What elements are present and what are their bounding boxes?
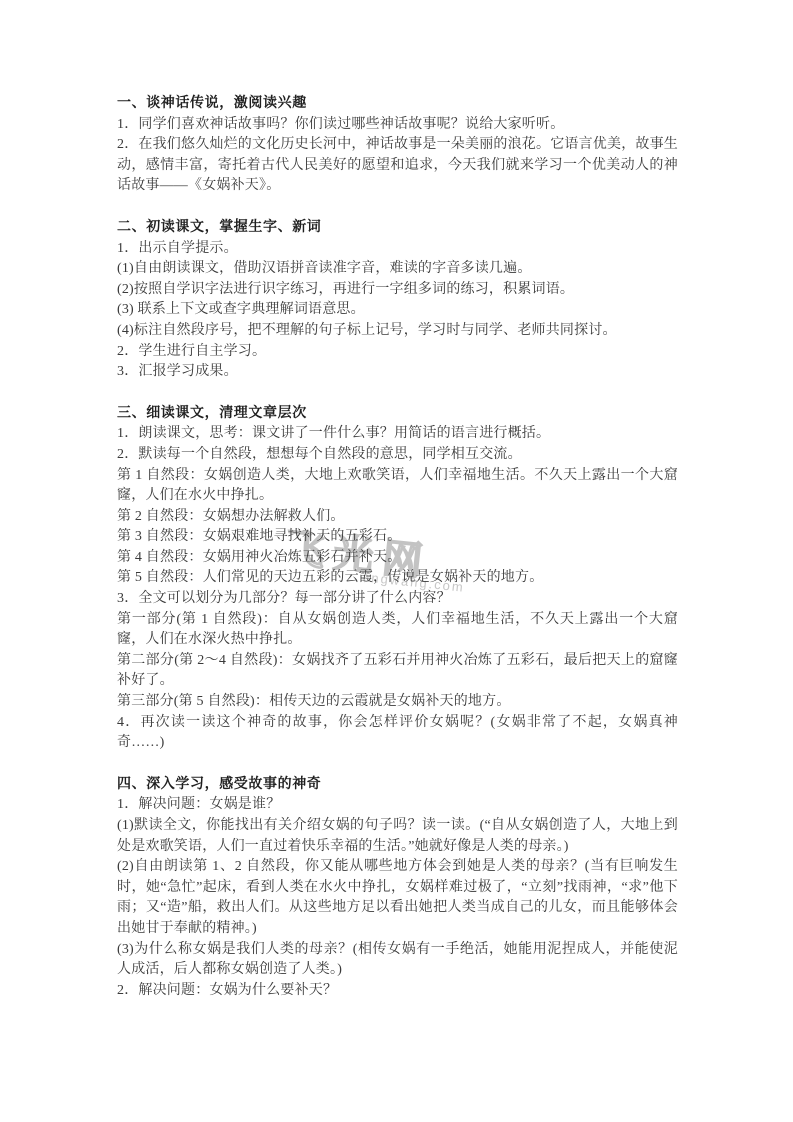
paragraph: 3．汇报学习成果。 (117, 362, 678, 383)
paragraph: 2．解决问题：女娲为什么要补天？ (117, 981, 678, 1002)
paragraph: 1．同学们喜欢神话故事吗？你们读过哪些神话故事呢？说给大家听听。 (117, 115, 678, 136)
paragraph: 第 2 自然段：女娲想办法解救人们。 (117, 507, 678, 528)
paragraph: 2．默读每一个自然段，想想每个自然段的意思，同学相互交流。 (117, 445, 678, 466)
paragraph: 1．解决问题：女娲是谁？ (117, 795, 678, 816)
paragraph: (4)标注自然段序号，把不理解的句子标上记号，学习时与同学、老师共同探讨。 (117, 321, 678, 342)
paragraph: 第 1 自然段：女娲创造人类，大地上欢歌笑语，人们幸福地生活。不久天上露出一个大… (117, 466, 678, 507)
section-heading: 三、细读课文，清理文章层次 (117, 404, 678, 425)
paragraph: 1．出示自学提示。 (117, 239, 678, 260)
paragraph: 2．学生进行自主学习。 (117, 342, 678, 363)
paragraph: (3)为什么称女娲是我们人类的母亲？(相传女娲有一手绝活，她能用泥捏成人，并能使… (117, 940, 678, 981)
paragraph: 第 4 自然段：女娲用神火冶炼五彩石并补天。 (117, 548, 678, 569)
section-first-reading: 二、初读课文，掌握生字、新词 1．出示自学提示。 (1)自由朗读课文，借助汉语拼… (117, 218, 678, 383)
paragraph: (1)默读全文，你能找出有关介绍女娲的句子吗？读一读。(“自从女娲创造了人，大地… (117, 816, 678, 857)
lesson-plan-content: 一、谈神话传说，激阅读兴趣 1．同学们喜欢神话故事吗？你们读过哪些神话故事呢？说… (117, 94, 678, 1001)
paragraph: (1)自由朗读课文，借助汉语拼音读准字音，难读的字音多读几遍。 (117, 259, 678, 280)
section-heading: 一、谈神话传说，激阅读兴趣 (117, 94, 678, 115)
paragraph: 3．全文可以划分为几部分？每一部分讲了什么内容？ (117, 589, 678, 610)
paragraph: 4．再次读一读这个神奇的故事，你会怎样评价女娲呢？(女娲非常了不起，女娲真神奇…… (117, 713, 678, 754)
document-page: 飞光网 angwang.com 一、谈神话传说，激阅读兴趣 1．同学们喜欢神话故… (0, 0, 793, 1122)
paragraph: (2)按照自学识字法进行识字练习，再进行一字组多词的练习，积累词语。 (117, 280, 678, 301)
paragraph: 第一部分(第 1 自然段)：自从女娲创造人类，人们幸福地生活，不久天上露出一个大… (117, 610, 678, 651)
section-talk-myths: 一、谈神话传说，激阅读兴趣 1．同学们喜欢神话故事吗？你们读过哪些神话故事呢？说… (117, 94, 678, 197)
section-close-reading: 三、细读课文，清理文章层次 1．朗读课文，思考：课文讲了一件什么事？用简话的语言… (117, 404, 678, 754)
paragraph: (2)自由朗读第 1、2 自然段，你又能从哪些地方体会到她是人类的母亲？(当有巨… (117, 857, 678, 939)
section-heading: 二、初读课文，掌握生字、新词 (117, 218, 678, 239)
paragraph: 1．朗读课文，思考：课文讲了一件什么事？用简话的语言进行概括。 (117, 424, 678, 445)
paragraph: 第二部分(第 2～4 自然段)：女娲找齐了五彩石并用神火冶炼了五彩石，最后把天上… (117, 651, 678, 692)
paragraph: 第 5 自然段：人们常见的天边五彩的云霞，传说是女娲补天的地方。 (117, 568, 678, 589)
paragraph: 2．在我们悠久灿烂的文化历史长河中，神话故事是一朵美丽的浪花。它语言优美，故事生… (117, 135, 678, 197)
paragraph: (3) 联系上下文或查字典理解词语意思。 (117, 300, 678, 321)
section-heading: 四、深入学习，感受故事的神奇 (117, 775, 678, 796)
section-deep-learning: 四、深入学习，感受故事的神奇 1．解决问题：女娲是谁？ (1)默读全文，你能找出… (117, 775, 678, 1002)
paragraph: 第 3 自然段：女娲艰难地寻找补天的五彩石。 (117, 527, 678, 548)
paragraph: 第三部分(第 5 自然段)：相传天边的云霞就是女娲补天的地方。 (117, 692, 678, 713)
